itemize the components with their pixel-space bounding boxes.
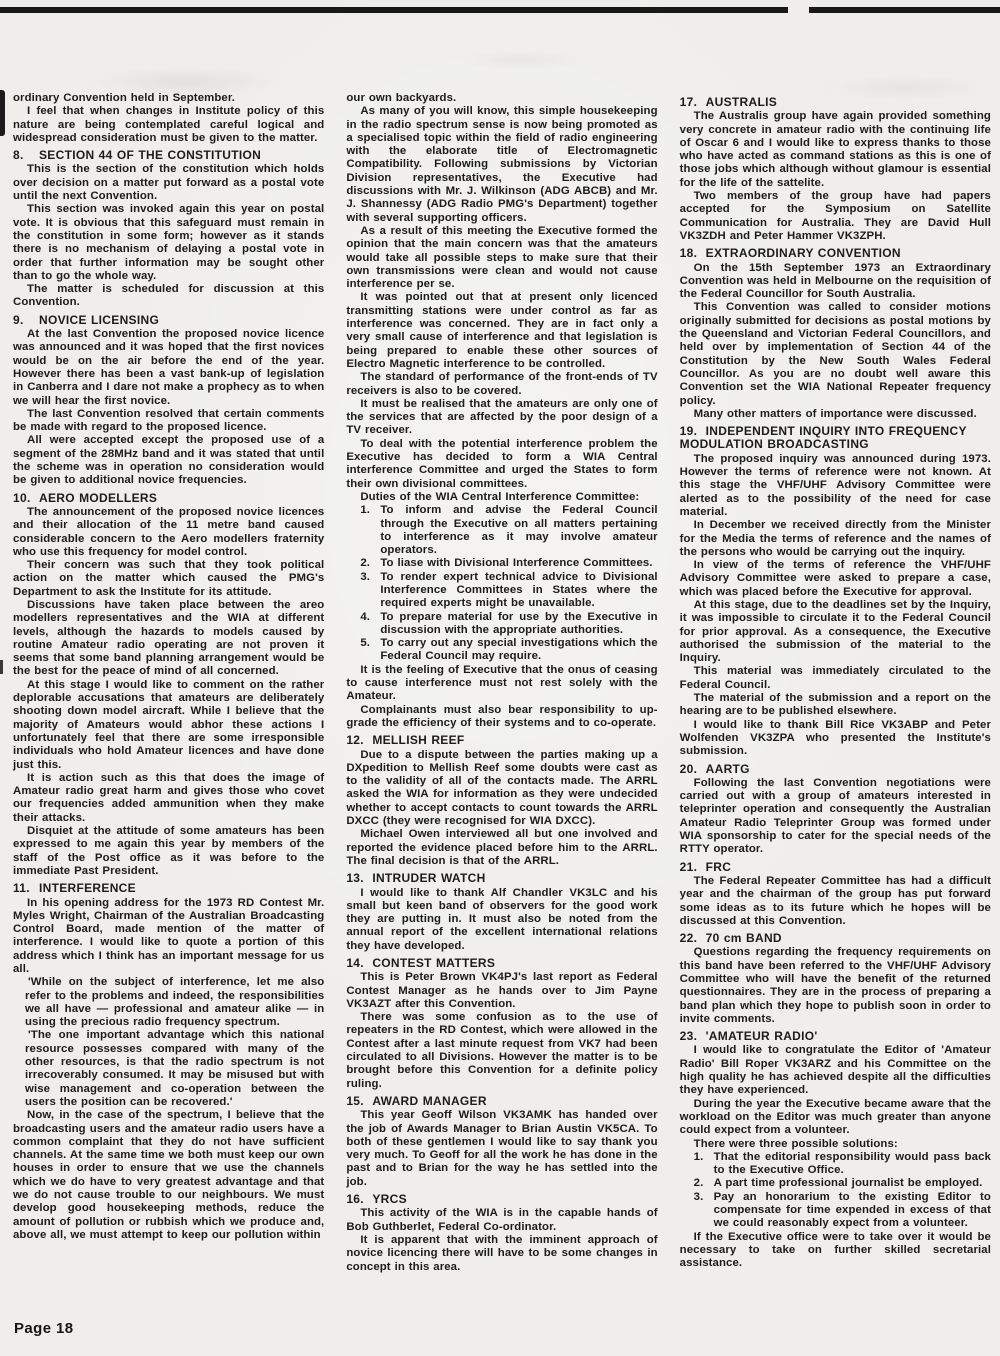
paragraph: The Australis group have again provided …: [680, 110, 991, 190]
section-heading: 9.NOVICE LICENSING: [13, 314, 324, 327]
paragraph: The announcement of the proposed novice …: [13, 506, 324, 559]
list-item-number: 3.: [694, 1191, 704, 1204]
paragraph: It is action such as this that does the …: [13, 772, 324, 825]
list-item-text: Pay an honorarium to the existing Editor…: [714, 1191, 991, 1230]
section-title: EXTRAORDINARY CONVENTION: [706, 246, 901, 260]
section-heading: 14.CONTEST MATTERS: [346, 957, 657, 970]
paragraph: In view of the terms of reference the VH…: [680, 559, 991, 599]
list-item: 1.That the editorial responsibility woul…: [680, 1151, 991, 1178]
section-number: 19.: [680, 425, 706, 438]
section-number: 12.: [346, 734, 372, 747]
paragraph: I would like to congratulate the Editor …: [680, 1044, 991, 1097]
list-item: 5.To carry out any special investigation…: [346, 637, 657, 664]
list-item-number: 1.: [360, 504, 370, 517]
paragraph: The last Convention resolved that certai…: [13, 408, 324, 435]
paragraph: Due to a dispute between the parties mak…: [346, 749, 657, 829]
section-number: 16.: [346, 1193, 372, 1206]
section-title: FRC: [706, 860, 732, 874]
paragraph: The proposed inquiry was announced durin…: [680, 453, 991, 519]
paragraph: The Federal Repeater Committee has had a…: [680, 875, 991, 928]
section-number: 9.: [13, 314, 39, 327]
column-center: our own backyards.As many of you will kn…: [346, 92, 657, 1274]
section-number: 13.: [346, 872, 372, 885]
section-number: 21.: [680, 861, 706, 874]
list-item: 2.To liase with Divisional Interference …: [346, 557, 657, 570]
paragraph: At this stage I would like to comment on…: [13, 679, 324, 772]
paragraph: On the 15th September 1973 an Extraordin…: [680, 262, 991, 302]
paragraph: At this stage, due to the deadlines set …: [680, 599, 991, 665]
section-title: AERO MODELLERS: [39, 491, 157, 505]
list-item-number: 3.: [360, 571, 370, 584]
section-title: 'AMATEUR RADIO': [706, 1029, 818, 1043]
list-item: 3.To render expert technical advice to D…: [346, 571, 657, 611]
section-title: AUSTRALIS: [706, 95, 777, 109]
list-item: 2.A part time professional journalist be…: [680, 1177, 991, 1190]
section-title: CONTEST MATTERS: [372, 956, 495, 970]
paragraph: This activity of the WIA is in the capab…: [346, 1207, 657, 1234]
list-item: 1.To inform and advise the Federal Counc…: [346, 504, 657, 557]
list-item-text: To liase with Divisional Interference Co…: [380, 557, 652, 569]
paragraph: It must be realised that the amateurs ar…: [346, 398, 657, 438]
section-title: 70 cm BAND: [706, 931, 782, 945]
paragraph: our own backyards.: [346, 92, 657, 105]
section-heading: 20.AARTG: [680, 763, 991, 776]
paragraph: Disquiet at the attitude of some amateur…: [13, 825, 324, 878]
scan-edge-mark: [0, 90, 5, 136]
paragraph: Duties of the WIA Central Interference C…: [346, 491, 657, 504]
section-heading: 22.70 cm BAND: [680, 932, 991, 945]
paragraph: This section was invoked again this year…: [13, 203, 324, 283]
section-heading: 17.AUSTRALIS: [680, 96, 991, 109]
list-item-text: To inform and advise the Federal Council…: [380, 504, 657, 556]
section-heading: 15.AWARD MANAGER: [346, 1095, 657, 1108]
section-number: 11.: [13, 882, 39, 895]
section-number: 20.: [680, 763, 706, 776]
section-number: 18.: [680, 247, 706, 260]
paragraph: If the Executive office were to take ove…: [680, 1231, 991, 1271]
paragraph: The standard of performance of the front…: [346, 371, 657, 398]
list-item-number: 5.: [360, 637, 370, 650]
section-heading: 12.MELLISH REEF: [346, 734, 657, 747]
page-top-rule-right: [809, 7, 1000, 13]
paragraph: The material of the submission and a rep…: [680, 692, 991, 719]
section-heading: 21.FRC: [680, 861, 991, 874]
list-item-text: That the editorial responsibility would …: [714, 1151, 991, 1176]
paragraph: Many other matters of importance were di…: [680, 408, 991, 421]
column-right: 17.AUSTRALISThe Australis group have aga…: [680, 92, 991, 1274]
paragraph: Following the last Convention negotiatio…: [680, 777, 991, 857]
paragraph: Questions regarding the frequency requir…: [680, 946, 991, 1026]
list-item-text: To carry out any special investigations …: [380, 637, 657, 662]
paragraph: It is apparent that with the imminent ap…: [346, 1234, 657, 1274]
list-item-number: 2.: [360, 557, 370, 570]
paragraph: Michael Owen interviewed all but one inv…: [346, 828, 657, 868]
paragraph: There was some confusion as to the use o…: [346, 1011, 657, 1091]
list-item: 4.To prepare material for use by the Exe…: [346, 611, 657, 638]
section-number: 10.: [13, 492, 39, 505]
scanned-page: ordinary Convention held in September.I …: [0, 0, 1000, 1356]
paragraph: At the last Convention the proposed novi…: [13, 328, 324, 408]
section-number: 15.: [346, 1095, 372, 1108]
scan-edge-mark: [0, 660, 3, 674]
paragraph: To deal with the potential interference …: [346, 438, 657, 491]
section-heading: 19.INDEPENDENT INQUIRY INTO FREQUENCY MO…: [680, 425, 991, 452]
list-item-text: To render expert technical advice to Div…: [380, 571, 657, 610]
paragraph: 'The one important advantage which this …: [25, 1029, 324, 1109]
column-left: ordinary Convention held in September.I …: [13, 92, 324, 1274]
section-title: SECTION 44 OF THE CONSTITUTION: [39, 148, 261, 162]
section-number: 8.: [13, 149, 39, 162]
paragraph: During the year the Executive became awa…: [680, 1098, 991, 1138]
paragraph: In his opening address for the 1973 RD C…: [13, 897, 324, 977]
paragraph: I would like to thank Bill Rice VK3ABP a…: [680, 719, 991, 759]
list-item-number: 1.: [694, 1151, 704, 1164]
paragraph: This material was immediately circulated…: [680, 665, 991, 692]
paragraph: This is Peter Brown VK4PJ's last report …: [346, 971, 657, 1011]
paragraph: This year Geoff Wilson VK3AMK has handed…: [346, 1109, 657, 1189]
paragraph: The matter is scheduled for discussion a…: [13, 283, 324, 310]
paragraph: It is the feeling of Executive that the …: [346, 664, 657, 704]
section-title: AWARD MANAGER: [372, 1094, 487, 1108]
paragraph: I would like to thank Alf Chandler VK3LC…: [346, 887, 657, 953]
paragraph: This is the section of the constitution …: [13, 163, 324, 203]
section-heading: 23.'AMATEUR RADIO': [680, 1030, 991, 1043]
paragraph: Now, in the case of the spectrum, I beli…: [13, 1109, 324, 1242]
list-item-number: 4.: [360, 611, 370, 624]
section-title: NOVICE LICENSING: [39, 313, 159, 327]
section-title: INTRUDER WATCH: [372, 871, 485, 885]
section-heading: 8.SECTION 44 OF THE CONSTITUTION: [13, 149, 324, 162]
list-item-text: A part time professional journalist be e…: [714, 1177, 983, 1189]
page-top-rule-left: [0, 7, 788, 13]
section-title: YRCS: [372, 1192, 407, 1206]
paragraph: This Convention was called to consider m…: [680, 301, 991, 407]
section-title: MELLISH REEF: [372, 733, 464, 747]
page-number: Page 18: [14, 1320, 74, 1337]
paragraph: Two members of the group have had papers…: [680, 190, 991, 243]
paragraph: I feel that when changes in Institute po…: [13, 105, 324, 145]
paragraph: There were three possible solutions:: [680, 1138, 991, 1151]
list-item-text: To prepare material for use by the Execu…: [380, 611, 657, 636]
paragraph: As a result of this meeting the Executiv…: [346, 225, 657, 291]
list-item: 3.Pay an honorarium to the existing Edit…: [680, 1191, 991, 1231]
paragraph: ordinary Convention held in September.: [13, 92, 324, 105]
list-item-number: 2.: [694, 1177, 704, 1190]
section-heading: 18.EXTRAORDINARY CONVENTION: [680, 247, 991, 260]
paragraph: In December we received directly from th…: [680, 519, 991, 559]
section-number: 22.: [680, 932, 706, 945]
section-number: 17.: [680, 96, 706, 109]
paragraph: All were accepted except the proposed us…: [13, 434, 324, 487]
paragraph: 'While on the subject of interference, l…: [25, 976, 324, 1029]
section-heading: 10.AERO MODELLERS: [13, 492, 324, 505]
section-heading: 16.YRCS: [346, 1193, 657, 1206]
section-title: INTERFERENCE: [39, 881, 136, 895]
paragraph: Complainants must also bear responsibili…: [346, 704, 657, 731]
paragraph: Their concern was such that they took po…: [13, 559, 324, 599]
paragraph: It was pointed out that at present only …: [346, 291, 657, 371]
paragraph: Discussions have taken place between the…: [13, 599, 324, 679]
paragraph: As many of you will know, this simple ho…: [346, 105, 657, 225]
section-title: INDEPENDENT INQUIRY INTO FREQUENCY MODUL…: [680, 424, 967, 451]
section-title: AARTG: [706, 762, 750, 776]
section-heading: 11.INTERFERENCE: [13, 882, 324, 895]
section-number: 14.: [346, 957, 372, 970]
section-number: 23.: [680, 1030, 706, 1043]
section-heading: 13.INTRUDER WATCH: [346, 872, 657, 885]
columns: ordinary Convention held in September.I …: [13, 92, 991, 1274]
